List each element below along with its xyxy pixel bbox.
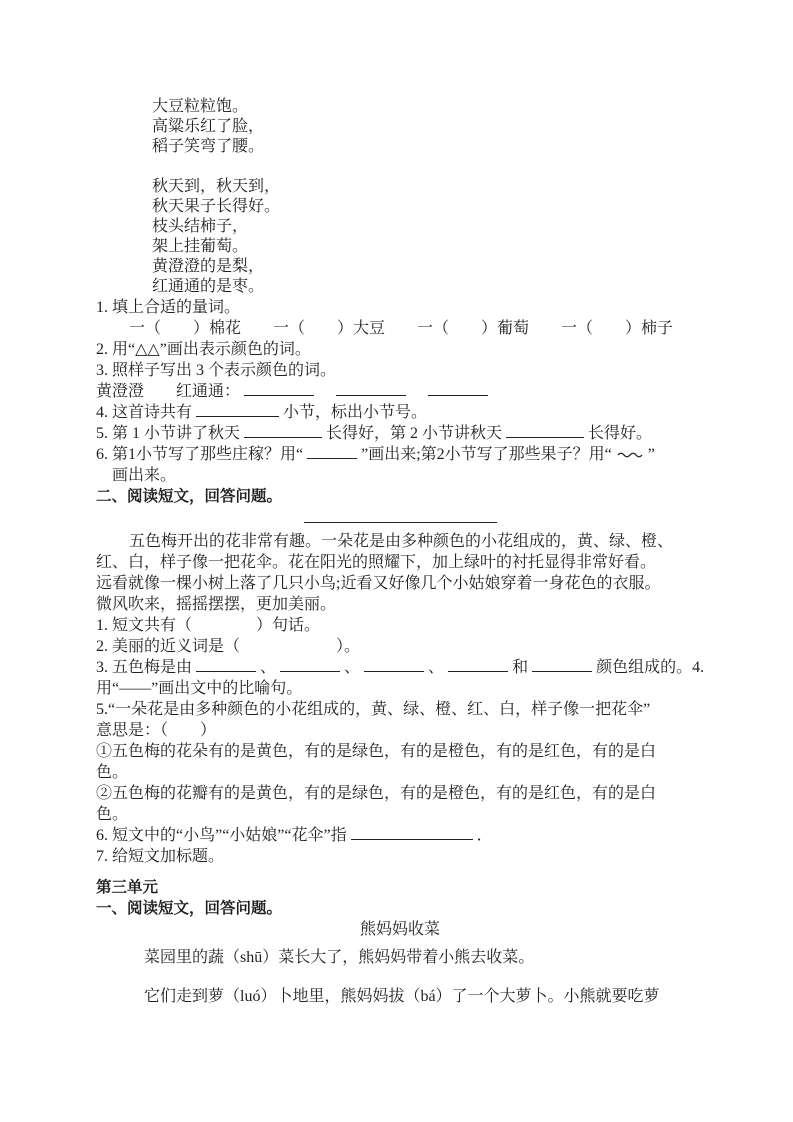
- section3: 第三单元 一、阅读短文，回答问题。 熊妈妈收菜 菜园里的蔬（shū）菜长大了，熊…: [96, 867, 704, 1007]
- option-text: 色。: [96, 764, 128, 781]
- answer-blank[interactable]: [336, 382, 406, 396]
- question-text: 4. 这首诗共有: [96, 404, 192, 421]
- worksheet-content: 大豆粒粒饱。 高粱乐红了脸， 稻子笑弯了腰。 秋天到，秋天到， 秋天果子长得好。…: [0, 0, 793, 1007]
- poem-line: 黄澄澄的是梨，: [152, 257, 704, 277]
- poem-text: 高粱乐红了脸，: [152, 118, 264, 135]
- wavy-line-icon: [617, 449, 643, 459]
- answer-blank[interactable]: [244, 382, 314, 396]
- passage-text: 远看就像一棵小树上落了几只小鸟;近看又好像几个小姑娘穿着一身花色的衣服。: [96, 575, 660, 592]
- header-text: 一、阅读短文，回答问题。: [96, 900, 282, 917]
- paragraph-spacer: [96, 968, 704, 986]
- passage-line: 微风吹来，摇摇摆摆，更加美丽。: [96, 594, 704, 615]
- poem-line: 枝头结柿子，: [152, 217, 704, 237]
- question-text: 5. 第 1 小节讲了秋天: [96, 425, 240, 442]
- poem-text: 稻子笑弯了腰。: [152, 138, 264, 155]
- s2-option-2-continuation: 色。: [96, 804, 704, 825]
- question-text: 、: [344, 659, 360, 676]
- header-text: 第三单元: [96, 879, 158, 896]
- worksheet-page: 大豆粒粒饱。 高粱乐红了脸， 稻子笑弯了腰。 秋天到，秋天到， 秋天果子长得好。…: [0, 0, 793, 1122]
- s2-question-2: 2. 美丽的近义词是（ ）。: [96, 636, 704, 657]
- poem-text: 秋天到，秋天到，: [152, 178, 280, 195]
- answer-blank[interactable]: [244, 424, 322, 438]
- poem-text: 枝头结柿子，: [152, 218, 248, 235]
- s2-question-6: 6. 短文中的“小鸟”“小姑娘”“花伞”指 ．: [96, 825, 704, 846]
- story-title: 熊妈妈收菜: [96, 919, 704, 941]
- passage-line: 五色梅开出的花非常有趣。一朵花是由多种颜色的小花组成的，黄、绿、橙、: [96, 531, 704, 552]
- question-text: 3. 五色梅是由: [96, 659, 192, 676]
- s2-question-3: 3. 五色梅是由 、 、 、 和 颜色组成的。4.: [96, 657, 704, 678]
- answer-blank[interactable]: [364, 658, 424, 672]
- question-text: 和: [512, 659, 528, 676]
- story-paragraph: 菜园里的蔬（shū）菜长大了，熊妈妈带着小熊去收菜。: [96, 947, 704, 968]
- story-text: 它们走到萝（luó）卜地里，熊妈妈拔（bá）了一个大萝卜。小熊就要吃萝: [144, 988, 660, 1005]
- answer-blank[interactable]: [448, 658, 508, 672]
- poem-line: 红通通的是枣。: [152, 277, 704, 297]
- question-text: 小节，标出小节号。: [283, 404, 427, 421]
- poem-text: 秋天果子长得好。: [152, 198, 280, 215]
- unit3-header: 第三单元: [96, 877, 704, 898]
- question-3: 3. 照样子写出 3 个表示颜色的词。: [96, 360, 704, 381]
- question-text: 5.“一朵花是由多种颜色的小花组成的，黄、绿、橙、红、白，样子像一把花伞”: [96, 701, 650, 718]
- section-spacer: [96, 867, 704, 877]
- poem-text: 大豆粒粒饱。: [152, 98, 248, 115]
- passage-text: 微风吹来，摇摇摆摆，更加美丽。: [96, 596, 336, 613]
- answer-blank[interactable]: [428, 382, 488, 396]
- s2-question-4-continuation: 用“——”画出文中的比喻句。: [96, 678, 704, 699]
- passage-text: 五色梅开出的花非常有趣。一朵花是由多种颜色的小花组成的，黄、绿、橙、: [129, 533, 673, 550]
- stanza-spacer: [152, 157, 704, 177]
- question-text: 黄澄澄 红通通：: [96, 383, 240, 400]
- poem-line: 高粱乐红了脸，: [152, 117, 704, 137]
- question-text: 意思是：（ ）: [96, 722, 216, 739]
- question-text: 长得好，第 2 小节讲秋天: [326, 425, 506, 442]
- poem-line: 秋天到，秋天到，: [152, 177, 704, 197]
- unit2-questions: 1. 填上合适的量词。 一（ ）棉花 一（ ）大豆 一（ ）葡萄 一（ ）柿子 …: [96, 297, 704, 486]
- question-text: 、: [428, 659, 444, 676]
- question-text: 7. 给短文加标题。: [96, 848, 224, 865]
- question-6-continuation: 画出来。: [96, 465, 704, 486]
- question-text: 2. 用“△△”画出表示颜色的词。: [96, 341, 311, 358]
- question-text: 1. 填上合适的量词。: [96, 299, 240, 316]
- passage-line: 远看就像一棵小树上落了几只小鸟;近看又好像几个小姑娘穿着一身花色的衣服。: [96, 573, 704, 594]
- s2-option-1-continuation: 色。: [96, 762, 704, 783]
- section3-header: 一、阅读短文，回答问题。: [96, 898, 704, 919]
- question-text: 画出来。: [112, 467, 176, 484]
- question-2: 2. 用“△△”画出表示颜色的词。: [96, 339, 704, 360]
- story-paragraph: 它们走到萝（luó）卜地里，熊妈妈拔（bá）了一个大萝卜。小熊就要吃萝: [96, 986, 704, 1007]
- s2-question-1: 1. 短文共有（ ）句话。: [96, 615, 704, 636]
- answer-blank[interactable]: [307, 445, 357, 459]
- question-1-answer-row: 一（ ）棉花 一（ ）大豆 一（ ）葡萄 一（ ）柿子: [96, 318, 704, 339]
- passage-text: 红、白，样子像一把花伞。花在阳光的照耀下，加上绿叶的衬托显得非常好看。: [96, 554, 656, 571]
- option-text: ②五色梅的花瓣有的是黄色，有的是绿色，有的是橙色，有的是红色，有的是白: [96, 785, 656, 802]
- answer-blank[interactable]: [196, 403, 279, 417]
- question-5: 5. 第 1 小节讲了秋天 长得好，第 2 小节讲秋天 长得好。: [96, 423, 704, 444]
- poem-line: 架上挂葡萄。: [152, 237, 704, 257]
- answer-blank[interactable]: [506, 424, 584, 438]
- s2-option-2: ②五色梅的花瓣有的是黄色，有的是绿色，有的是橙色，有的是红色，有的是白: [96, 783, 704, 804]
- answer-blank[interactable]: [351, 826, 473, 840]
- question-text: ”: [648, 446, 655, 463]
- answer-blank[interactable]: [196, 658, 256, 672]
- question-text: 、: [260, 659, 276, 676]
- question-text: 6. 短文中的“小鸟”“小姑娘”“花伞”指: [96, 827, 351, 844]
- question-text: 1. 短文共有（ ）句话。: [96, 617, 320, 634]
- question-1: 1. 填上合适的量词。: [96, 297, 704, 318]
- option-text: ①五色梅的花朵有的是黄色，有的是绿色，有的是橙色，有的是红色，有的是白: [96, 743, 656, 760]
- poem-text: 架上挂葡萄。: [152, 238, 248, 255]
- s2-question-5-continuation: 意思是：（ ）: [96, 720, 704, 741]
- question-text: 用“——”画出文中的比喻句。: [96, 680, 302, 697]
- story-title-text: 熊妈妈收菜: [360, 921, 440, 938]
- question-text: 长得好。: [588, 425, 652, 442]
- section2: 二、阅读短文，回答问题。 五色梅开出的花非常有趣。一朵花是由多种颜色的小花组成的…: [96, 486, 704, 867]
- s2-question-5: 5.“一朵花是由多种颜色的小花组成的，黄、绿、橙、红、白，样子像一把花伞”: [96, 699, 704, 720]
- question-text: ”画出来;第2小节写了那些果子？用“: [361, 446, 612, 463]
- question-4: 4. 这首诗共有 小节，标出小节号。: [96, 402, 704, 423]
- question-text: ．: [477, 827, 493, 844]
- header-text: 二、阅读短文，回答问题。: [96, 488, 282, 505]
- option-text: 色。: [96, 806, 128, 823]
- question-text: 一（ ）棉花 一（ ）大豆 一（ ）葡萄 一（ ）柿子: [129, 320, 673, 337]
- story-text: 菜园里的蔬（shū）菜长大了，熊妈妈带着小熊去收菜。: [144, 949, 534, 966]
- question-text: 颜色组成的。4.: [596, 659, 704, 676]
- answer-blank[interactable]: [532, 658, 592, 672]
- poem-line: 稻子笑弯了腰。: [152, 137, 704, 157]
- passage-title-blank-row: [96, 507, 704, 531]
- s2-option-1: ①五色梅的花朵有的是黄色，有的是绿色，有的是橙色，有的是红色，有的是白: [96, 741, 704, 762]
- question-text: 2. 美丽的近义词是（ ）。: [96, 638, 360, 655]
- title-blank[interactable]: [304, 509, 497, 523]
- poem-block: 大豆粒粒饱。 高粱乐红了脸， 稻子笑弯了腰。 秋天到，秋天到， 秋天果子长得好。…: [96, 97, 704, 297]
- question-6: 6. 第1小节写了那些庄稼？用“ ”画出来;第2小节写了那些果子？用“ ”: [96, 444, 704, 465]
- poem-text: 红通通的是枣。: [152, 278, 264, 295]
- section2-header: 二、阅读短文，回答问题。: [96, 486, 704, 507]
- poem-text: 黄澄澄的是梨，: [152, 258, 264, 275]
- answer-blank[interactable]: [280, 658, 340, 672]
- question-text: 3. 照样子写出 3 个表示颜色的词。: [96, 362, 336, 379]
- question-3-answer-row: 黄澄澄 红通通：: [96, 381, 704, 402]
- poem-line: 大豆粒粒饱。: [152, 97, 704, 117]
- s2-question-7: 7. 给短文加标题。: [96, 846, 704, 867]
- question-text: 6. 第1小节写了那些庄稼？用“: [96, 446, 303, 463]
- poem-line: 秋天果子长得好。: [152, 197, 704, 217]
- passage-line: 红、白，样子像一把花伞。花在阳光的照耀下，加上绿叶的衬托显得非常好看。: [96, 552, 704, 573]
